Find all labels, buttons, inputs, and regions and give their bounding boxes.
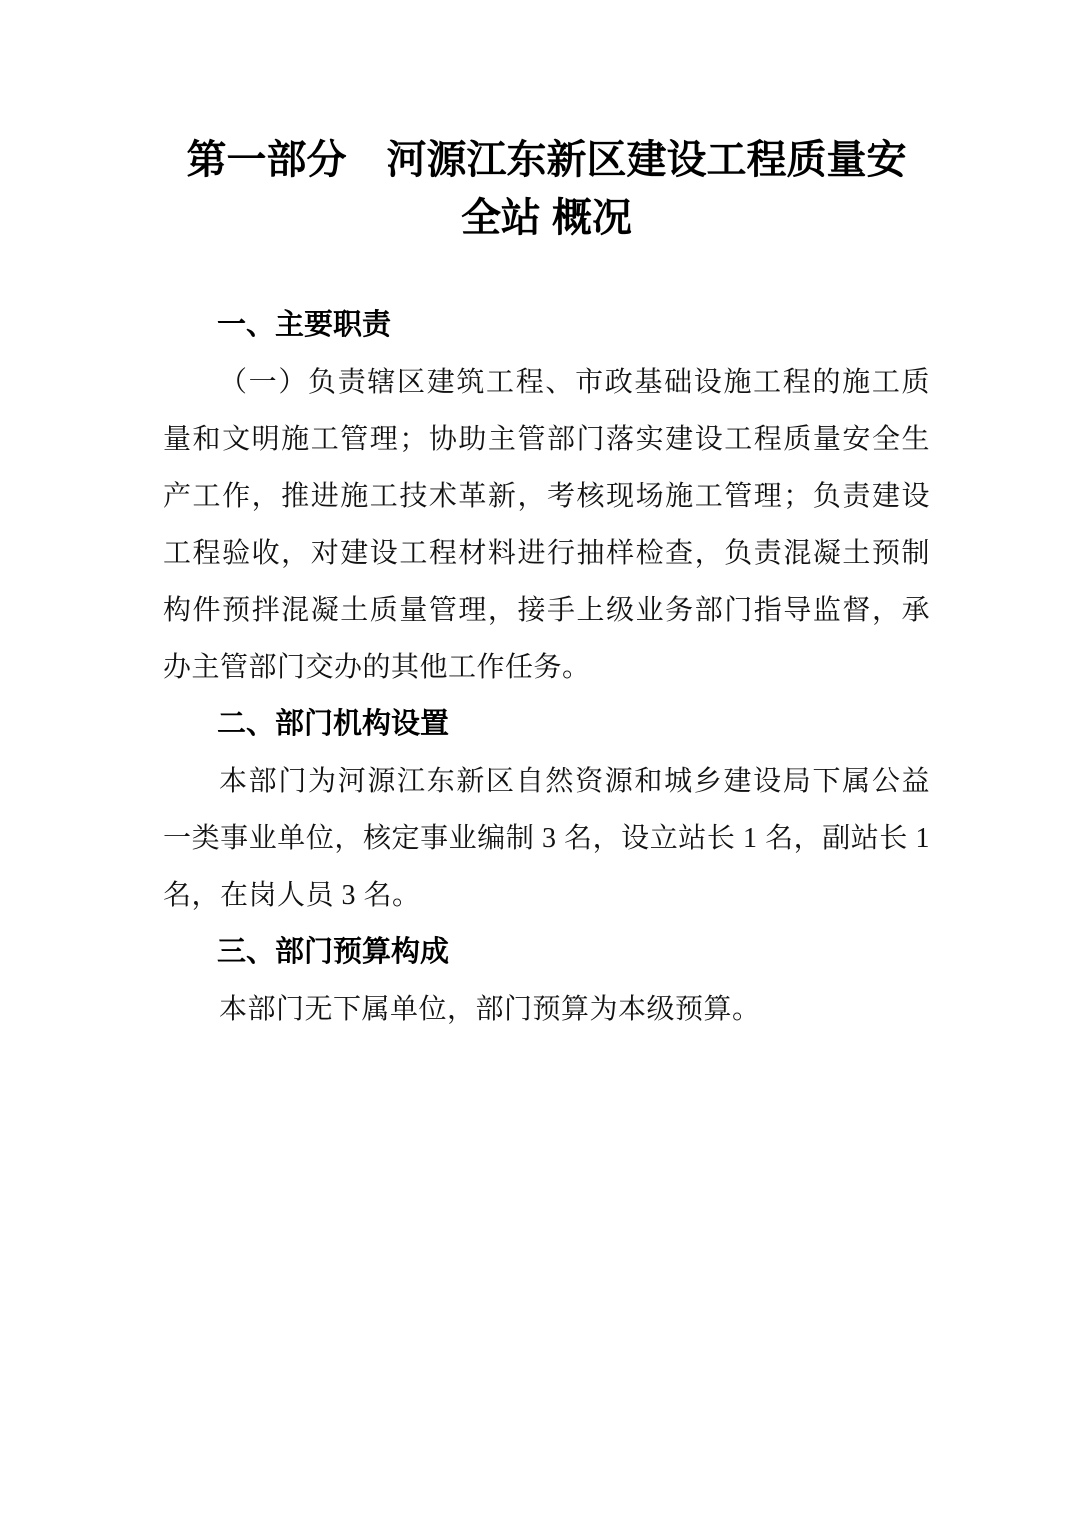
paragraph-budget-composition: 本部门无下属单位，部门预算为本级预算。: [163, 981, 930, 1038]
section-heading-main-duties: 一、主要职责: [163, 297, 930, 354]
paragraph-org-structure: 本部门为河源江东新区自然资源和城乡建设局下属公益一类事业单位，核定事业编制 3 …: [163, 753, 930, 924]
document-title-line-1: 第一部分 河源江东新区建设工程质量安: [163, 131, 930, 189]
document-title-line-2: 全站 概况: [163, 189, 930, 247]
document-page: 第一部分 河源江东新区建设工程质量安 全站 概况 一、主要职责 （一）负责辖区建…: [0, 0, 1080, 1527]
section-main-duties: 一、主要职责 （一）负责辖区建筑工程、市政基础设施工程的施工质量和文明施工管理；…: [163, 297, 930, 696]
paragraph-main-duties: （一）负责辖区建筑工程、市政基础设施工程的施工质量和文明施工管理；协助主管部门落…: [163, 354, 930, 696]
section-org-structure: 二、部门机构设置 本部门为河源江东新区自然资源和城乡建设局下属公益一类事业单位，…: [163, 696, 930, 924]
section-heading-budget-composition: 三、部门预算构成: [163, 924, 930, 981]
section-budget-composition: 三、部门预算构成 本部门无下属单位，部门预算为本级预算。: [163, 924, 930, 1038]
document-title: 第一部分 河源江东新区建设工程质量安 全站 概况: [163, 131, 930, 247]
document-body: 一、主要职责 （一）负责辖区建筑工程、市政基础设施工程的施工质量和文明施工管理；…: [163, 297, 930, 1038]
section-heading-org-structure: 二、部门机构设置: [163, 696, 930, 753]
